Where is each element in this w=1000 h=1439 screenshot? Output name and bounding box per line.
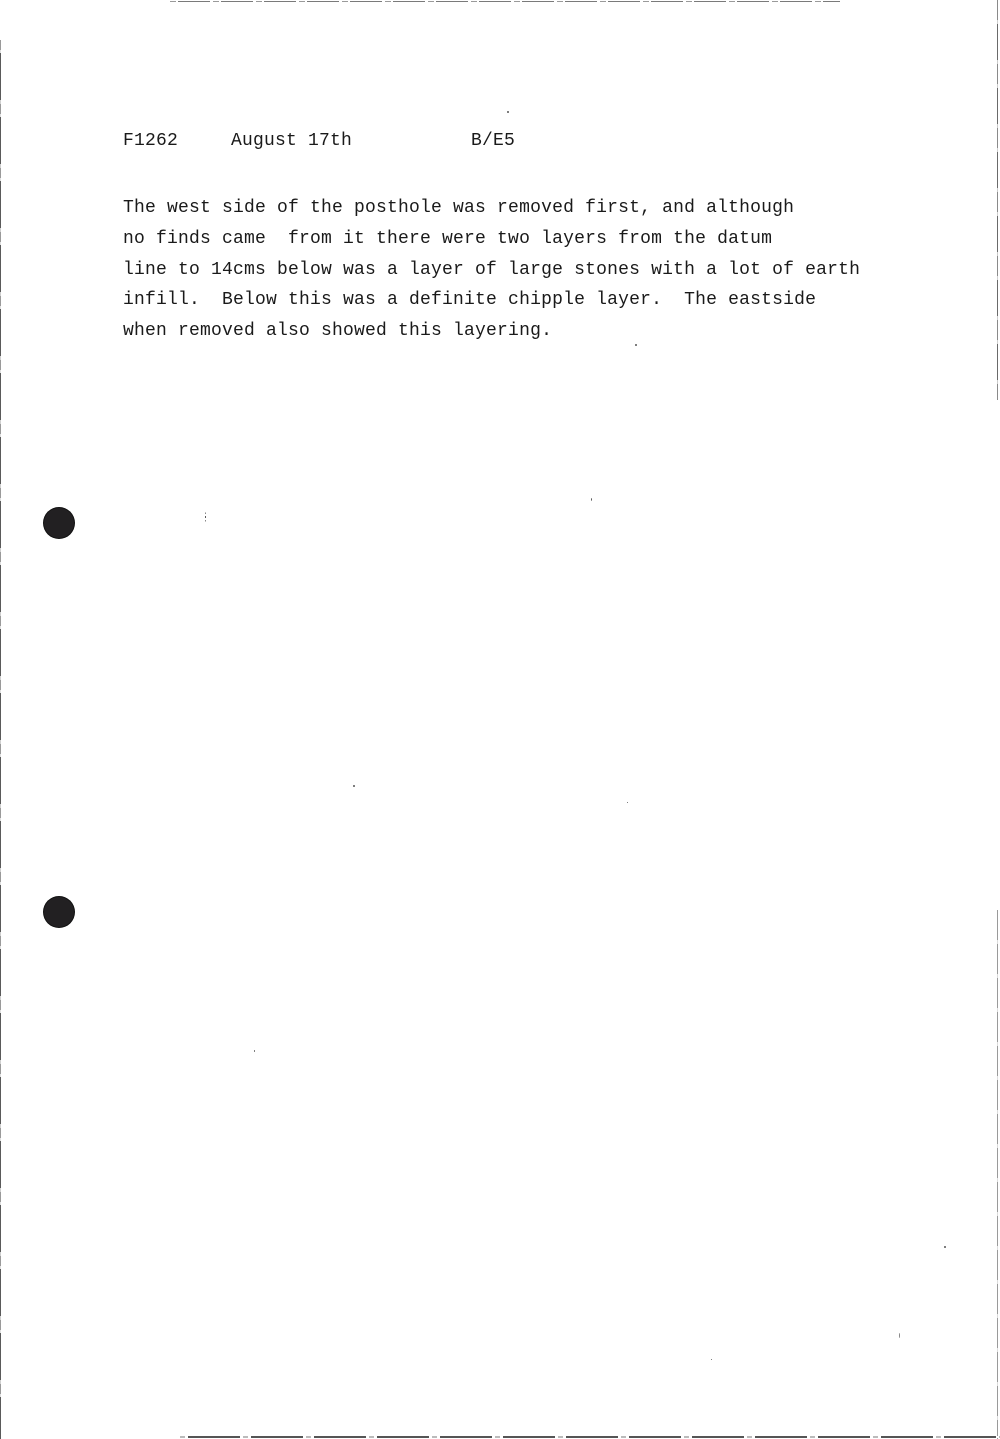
scan-speck [205,512,206,522]
scan-speck [944,1246,946,1248]
notes-line: when removed also showed this layering. [123,316,953,347]
punch-hole-icon [44,897,74,927]
scan-edge-right [997,0,998,400]
punch-hole-icon [44,508,74,538]
notes-line: no finds came from it there were two lay… [123,224,953,255]
notes-line: The west side of the posthole was remove… [123,193,953,224]
scan-speck [353,785,355,787]
scan-edge-left [0,40,1,1439]
scan-speck [635,344,637,346]
scan-speck [254,1050,255,1052]
scan-edge-right-lower [997,910,998,1439]
scan-edge-bottom [180,1436,1000,1438]
scan-edge-top [170,1,840,2]
scan-speck [507,111,509,113]
grid-reference: B/E5 [471,130,515,152]
notes-line: line to 14cms below was a layer of large… [123,255,953,286]
scan-speck [711,1359,712,1360]
feature-id: F1262 [123,130,178,152]
document-page: F1262 August 17th B/E5 The west side of … [0,0,1000,1439]
scan-speck [899,1333,900,1338]
excavation-notes: The west side of the posthole was remove… [123,193,953,347]
notes-line: infill. Below this was a definite chippl… [123,285,953,316]
scan-speck [591,498,592,501]
entry-date: August 17th [231,130,352,152]
scan-speck [627,802,628,803]
